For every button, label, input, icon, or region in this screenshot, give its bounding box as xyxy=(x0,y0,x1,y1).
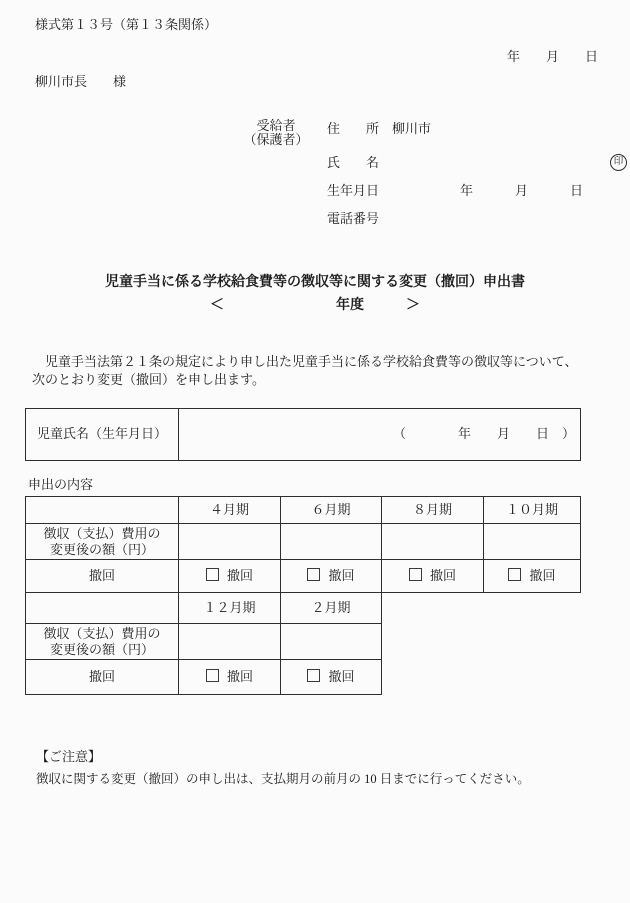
withdraw-checkbox-february[interactable] xyxy=(307,669,320,682)
applicant-role-line1: 受給者 xyxy=(238,119,314,133)
applicant-name-row: 氏 名 xyxy=(327,156,379,169)
withdraw-cell-april: 撤回 xyxy=(179,560,281,593)
amount-row-label-1: 徴収（支払）費用の 変更後の額（円） xyxy=(26,524,179,560)
withdraw-checkbox-october[interactable] xyxy=(508,568,521,581)
withdraw-checkbox-label-october: 撤回 xyxy=(529,568,555,584)
withdraw-checkbox-label-april: 撤回 xyxy=(227,568,253,584)
birth-month-unit: 月 xyxy=(515,184,528,197)
form-number: 様式第１３号（第１３条関係） xyxy=(35,17,217,33)
withdraw-checkbox-label-december: 撤回 xyxy=(227,669,253,685)
amount-cell-february xyxy=(281,624,382,660)
period-header-august: ８月期 xyxy=(382,497,484,524)
address-value: 柳川市 xyxy=(392,121,431,136)
schedule-table-first-half: ４月期 ６月期 ８月期 １０月期 徴収（支払）費用の 変更後の額（円） 撤回 撤… xyxy=(25,496,581,593)
withdraw-checkbox-august[interactable] xyxy=(409,568,422,581)
notes-body: 徴収に関する変更（撤回）の申し出は、支払期月の前月の 10 日までに行ってくださ… xyxy=(36,768,530,790)
amount-row-label-2: 徴収（支払）費用の 変更後の額（円） xyxy=(26,624,179,660)
notes-heading: 【ご注意】 xyxy=(36,746,530,768)
phone-label: 電話番号 xyxy=(327,211,379,226)
amount-label-line1: 徴収（支払）費用の xyxy=(26,626,178,642)
date-line: 年 月 日 xyxy=(507,49,598,65)
applicant-role-label: 受給者 （保護者） xyxy=(238,119,314,147)
amount-row-1: 徴収（支払）費用の 変更後の額（円） xyxy=(26,524,581,560)
withdraw-row-2: 撤回 撤回 撤回 xyxy=(26,660,382,695)
amount-cell-august xyxy=(382,524,484,560)
amount-label-line2: 変更後の額（円） xyxy=(26,542,178,558)
withdraw-checkbox-december[interactable] xyxy=(206,669,219,682)
amount-label-line1: 徴収（支払）費用の xyxy=(26,526,178,542)
schedule-tables: ４月期 ６月期 ８月期 １０月期 徴収（支払）費用の 変更後の額（円） 撤回 撤… xyxy=(25,496,581,695)
child-name-row: 児童氏名（生年月日） （ 年 月 日 ） xyxy=(26,409,581,461)
withdraw-checkbox-june[interactable] xyxy=(307,568,320,581)
content-section-label: 申出の内容 xyxy=(28,477,93,493)
amount-row-2: 徴収（支払）費用の 変更後の額（円） xyxy=(26,624,382,660)
form-title-fiscal-year: ＜ 年度 ＞ xyxy=(0,297,630,315)
seal-char: 印 xyxy=(614,158,624,168)
declaration-line2: 次のとおり変更（撤回）を申し出ます。 xyxy=(32,371,577,389)
seal-mark: 印 xyxy=(610,154,627,171)
amount-cell-april xyxy=(179,524,281,560)
period-header-april: ４月期 xyxy=(179,497,281,524)
amount-cell-june xyxy=(281,524,382,560)
period-header-february: ２月期 xyxy=(281,593,382,624)
amount-cell-october xyxy=(484,524,581,560)
applicant-phone-row: 電話番号 xyxy=(327,212,379,225)
withdraw-checkbox-april[interactable] xyxy=(206,568,219,581)
declaration-paragraph: 児童手当法第２１条の規定により申し出た児童手当に係る学校給食費等の徴収等について… xyxy=(32,353,577,388)
declaration-line1: 児童手当法第２１条の規定により申し出た児童手当に係る学校給食費等の徴収等について… xyxy=(32,353,577,371)
withdraw-checkbox-label-august: 撤回 xyxy=(430,568,456,584)
withdraw-cell-december: 撤回 xyxy=(179,660,281,695)
amount-label-line2: 変更後の額（円） xyxy=(26,642,178,658)
child-name-input-cell: （ 年 月 日 ） xyxy=(179,409,581,461)
withdraw-row-label-2: 撤回 xyxy=(26,660,179,695)
withdraw-cell-june: 撤回 xyxy=(281,560,382,593)
name-label: 氏 名 xyxy=(327,155,379,170)
schedule-table-second-half: １２月期 ２月期 徴収（支払）費用の 変更後の額（円） 撤回 撤回 撤回 xyxy=(25,592,382,695)
period-header-june: ６月期 xyxy=(281,497,382,524)
address-label: 住 所 xyxy=(327,121,379,136)
notes-block: 【ご注意】 徴収に関する変更（撤回）の申し出は、支払期月の前月の 10 日までに… xyxy=(36,746,530,790)
birthdate-label: 生年月日 xyxy=(327,183,379,198)
applicant-birthdate-row: 生年月日 年 月 日 xyxy=(327,184,597,198)
child-name-table: 児童氏名（生年月日） （ 年 月 日 ） xyxy=(25,408,581,461)
period-header-row-2: １２月期 ２月期 xyxy=(26,593,382,624)
form-title: 児童手当に係る学校給食費等の徴収等に関する変更（撤回）申出書 xyxy=(0,274,630,292)
child-name-label: 児童氏名（生年月日） xyxy=(26,409,179,461)
withdraw-checkbox-label-february: 撤回 xyxy=(328,669,354,685)
period-header-december: １２月期 xyxy=(179,593,281,624)
child-birthdate-paren: （ 年 月 日 ） xyxy=(393,426,575,441)
withdraw-cell-august: 撤回 xyxy=(382,560,484,593)
withdraw-row-label-1: 撤回 xyxy=(26,560,179,593)
birth-day-unit: 日 xyxy=(570,184,583,197)
addressee-line: 柳川市長 様 xyxy=(35,74,126,90)
applicant-address-row: 住 所柳川市 xyxy=(327,122,431,135)
applicant-role-line2: （保護者） xyxy=(238,133,314,147)
period-header-row-1: ４月期 ６月期 ８月期 １０月期 xyxy=(26,497,581,524)
period-header-empty-2 xyxy=(26,593,179,624)
withdraw-cell-february: 撤回 xyxy=(281,660,382,695)
birth-year-unit: 年 xyxy=(460,184,473,197)
period-header-empty xyxy=(26,497,179,524)
period-header-october: １０月期 xyxy=(484,497,581,524)
application-form-page: 様式第１３号（第１３条関係） 年 月 日 柳川市長 様 受給者 （保護者） 住 … xyxy=(0,0,630,903)
withdraw-checkbox-label-june: 撤回 xyxy=(328,568,354,584)
withdraw-cell-october: 撤回 xyxy=(484,560,581,593)
withdraw-row-1: 撤回 撤回 撤回 撤回 撤回 xyxy=(26,560,581,593)
amount-cell-december xyxy=(179,624,281,660)
